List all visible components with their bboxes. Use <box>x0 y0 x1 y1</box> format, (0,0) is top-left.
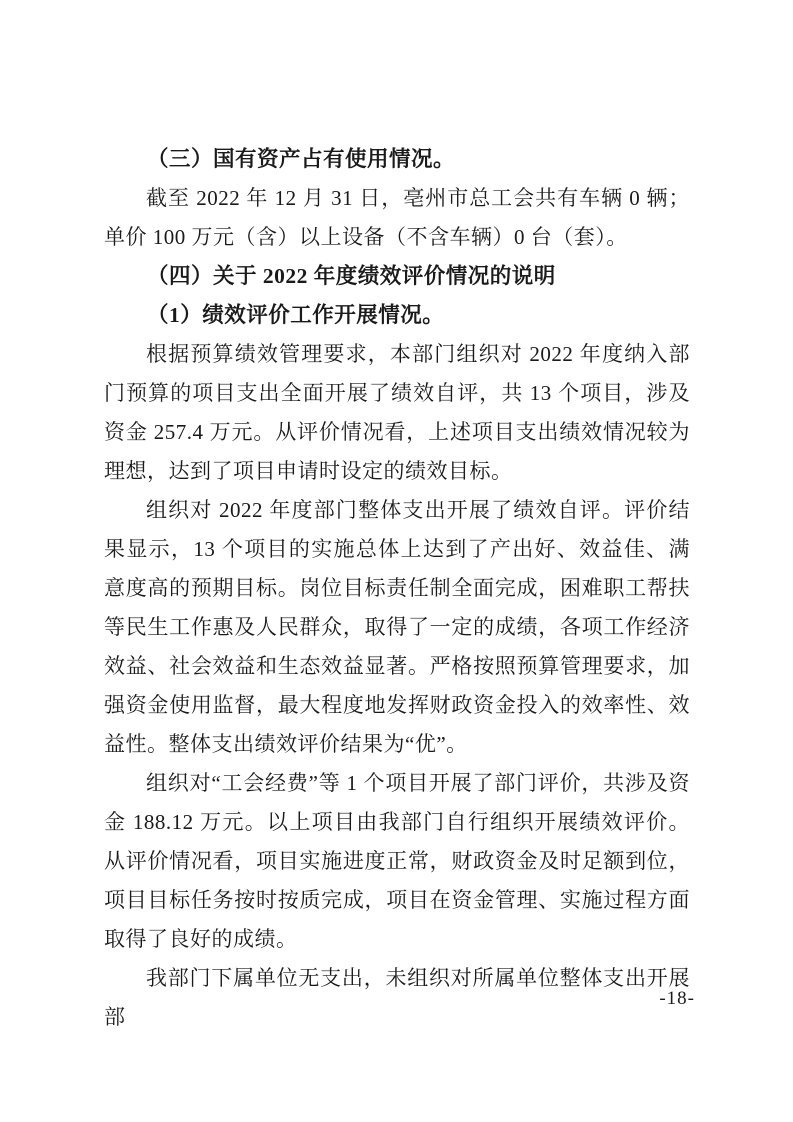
heading-state-assets: （三）国有资产占有使用情况。 <box>104 140 690 179</box>
paragraph-department-evaluation: 组织对“工会经费”等 1 个项目开展了部门评价，共涉及资金 188.12 万元。… <box>104 764 690 959</box>
paragraph-subordinate-units: 我部门下属单位无支出，未组织对所属单位整体支出开展部 <box>104 959 690 1037</box>
document-page: （三）国有资产占有使用情况。 截至 2022 年 12 月 31 日，亳州市总工… <box>0 0 793 1122</box>
document-body: （三）国有资产占有使用情况。 截至 2022 年 12 月 31 日，亳州市总工… <box>104 140 690 1037</box>
heading-performance-evaluation: （四）关于 2022 年度绩效评价情况的说明 <box>104 257 690 296</box>
paragraph-overall-expenditure: 组织对 2022 年度部门整体支出开展了绩效自评。评价结果显示，13 个项目的实… <box>104 491 690 764</box>
heading-evaluation-work: （1）绩效评价工作开展情况。 <box>104 296 690 335</box>
paragraph-self-evaluation: 根据预算绩效管理要求，本部门组织对 2022 年度纳入部门预算的项目支出全面开展… <box>104 335 690 491</box>
paragraph-state-assets: 截至 2022 年 12 月 31 日，亳州市总工会共有车辆 0 辆；单价 10… <box>104 179 690 257</box>
page-number: -18- <box>659 988 695 1010</box>
